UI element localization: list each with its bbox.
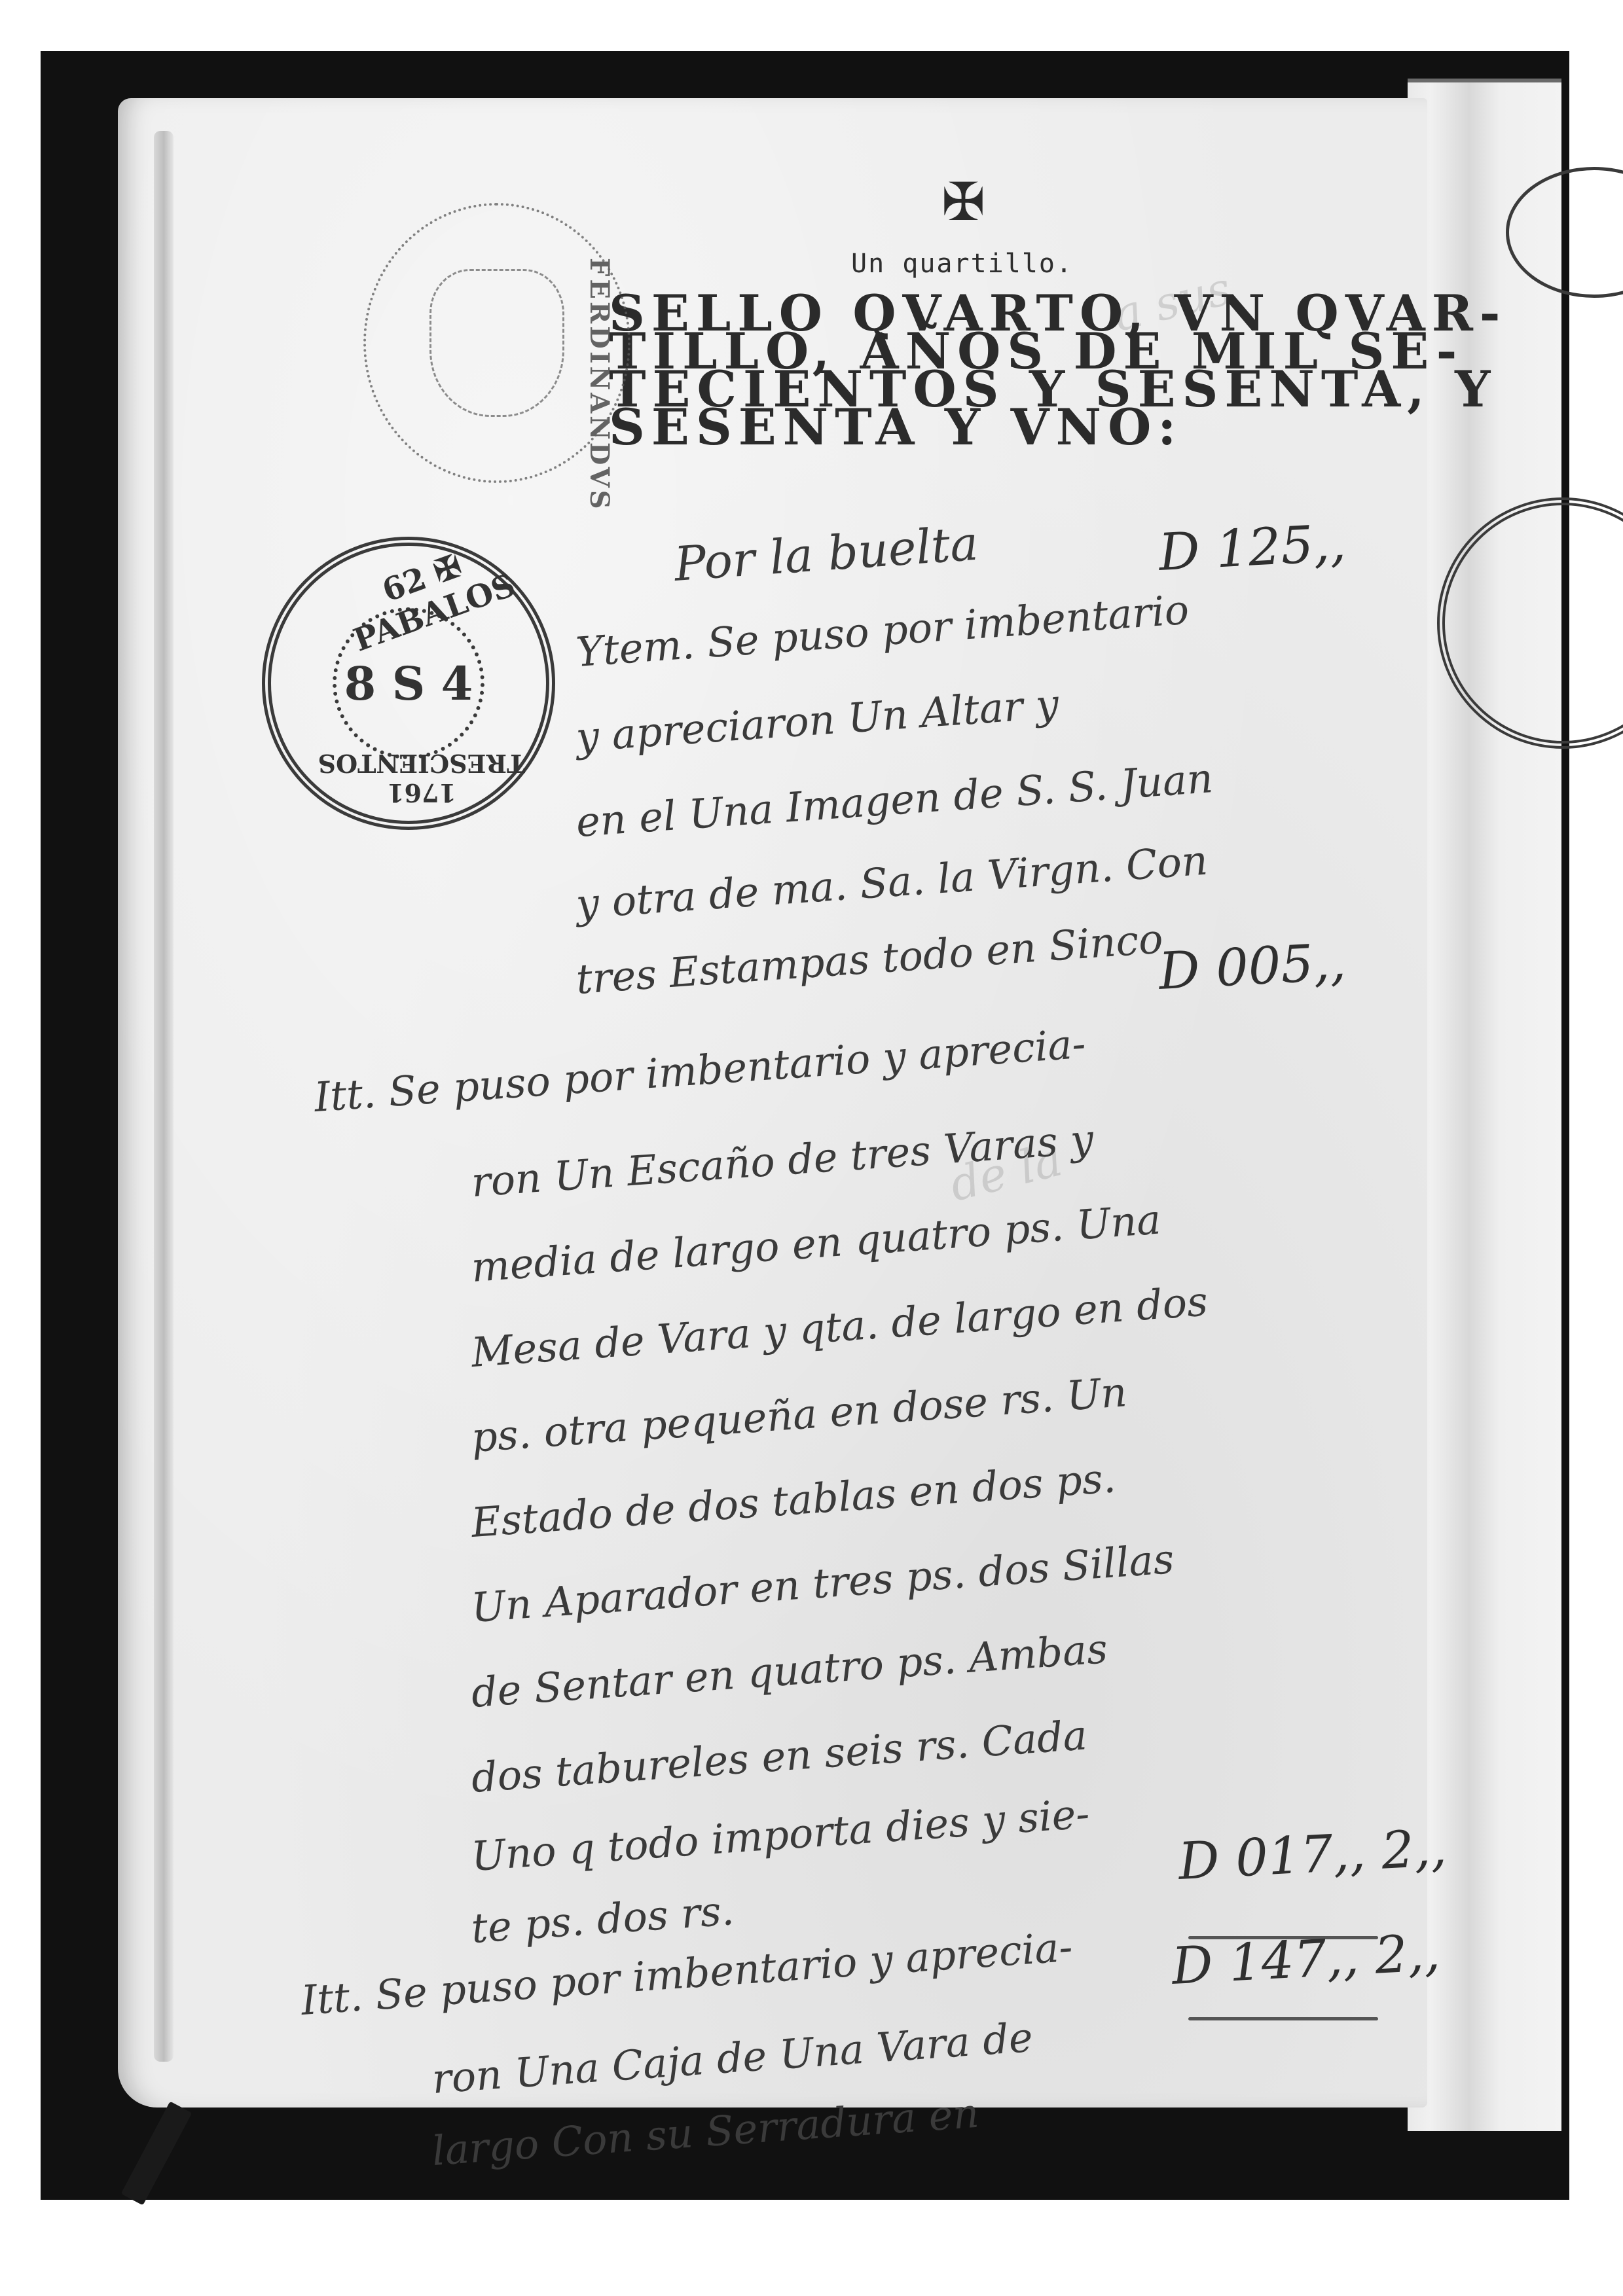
tax-seal-bottom-legend: 1761 TRESCIENTOS bbox=[297, 749, 546, 808]
page-fold bbox=[154, 131, 173, 2062]
cross-icon: ✠ bbox=[941, 171, 985, 232]
shield-icon bbox=[429, 269, 564, 417]
royal-seal-legend: FERDINANDVS bbox=[584, 258, 615, 512]
entry-1-amount: D 005,, bbox=[1158, 933, 1347, 1001]
stamp-header: SELLO QVARTO, VN QVAR- TILLO, AÑOS DE MI… bbox=[609, 295, 1427, 446]
carry-forward-amount: D 125,, bbox=[1158, 514, 1347, 583]
stamp-value-line: Un quartillo. bbox=[851, 249, 1073, 279]
tax-seal: 62 ✠ PABALOS 8 S 4 1761 TRESCIENTOS bbox=[262, 537, 555, 830]
royal-coat-of-arms-seal: FERDINANDVS bbox=[363, 203, 630, 483]
total-rule-bottom bbox=[1188, 2017, 1378, 2020]
